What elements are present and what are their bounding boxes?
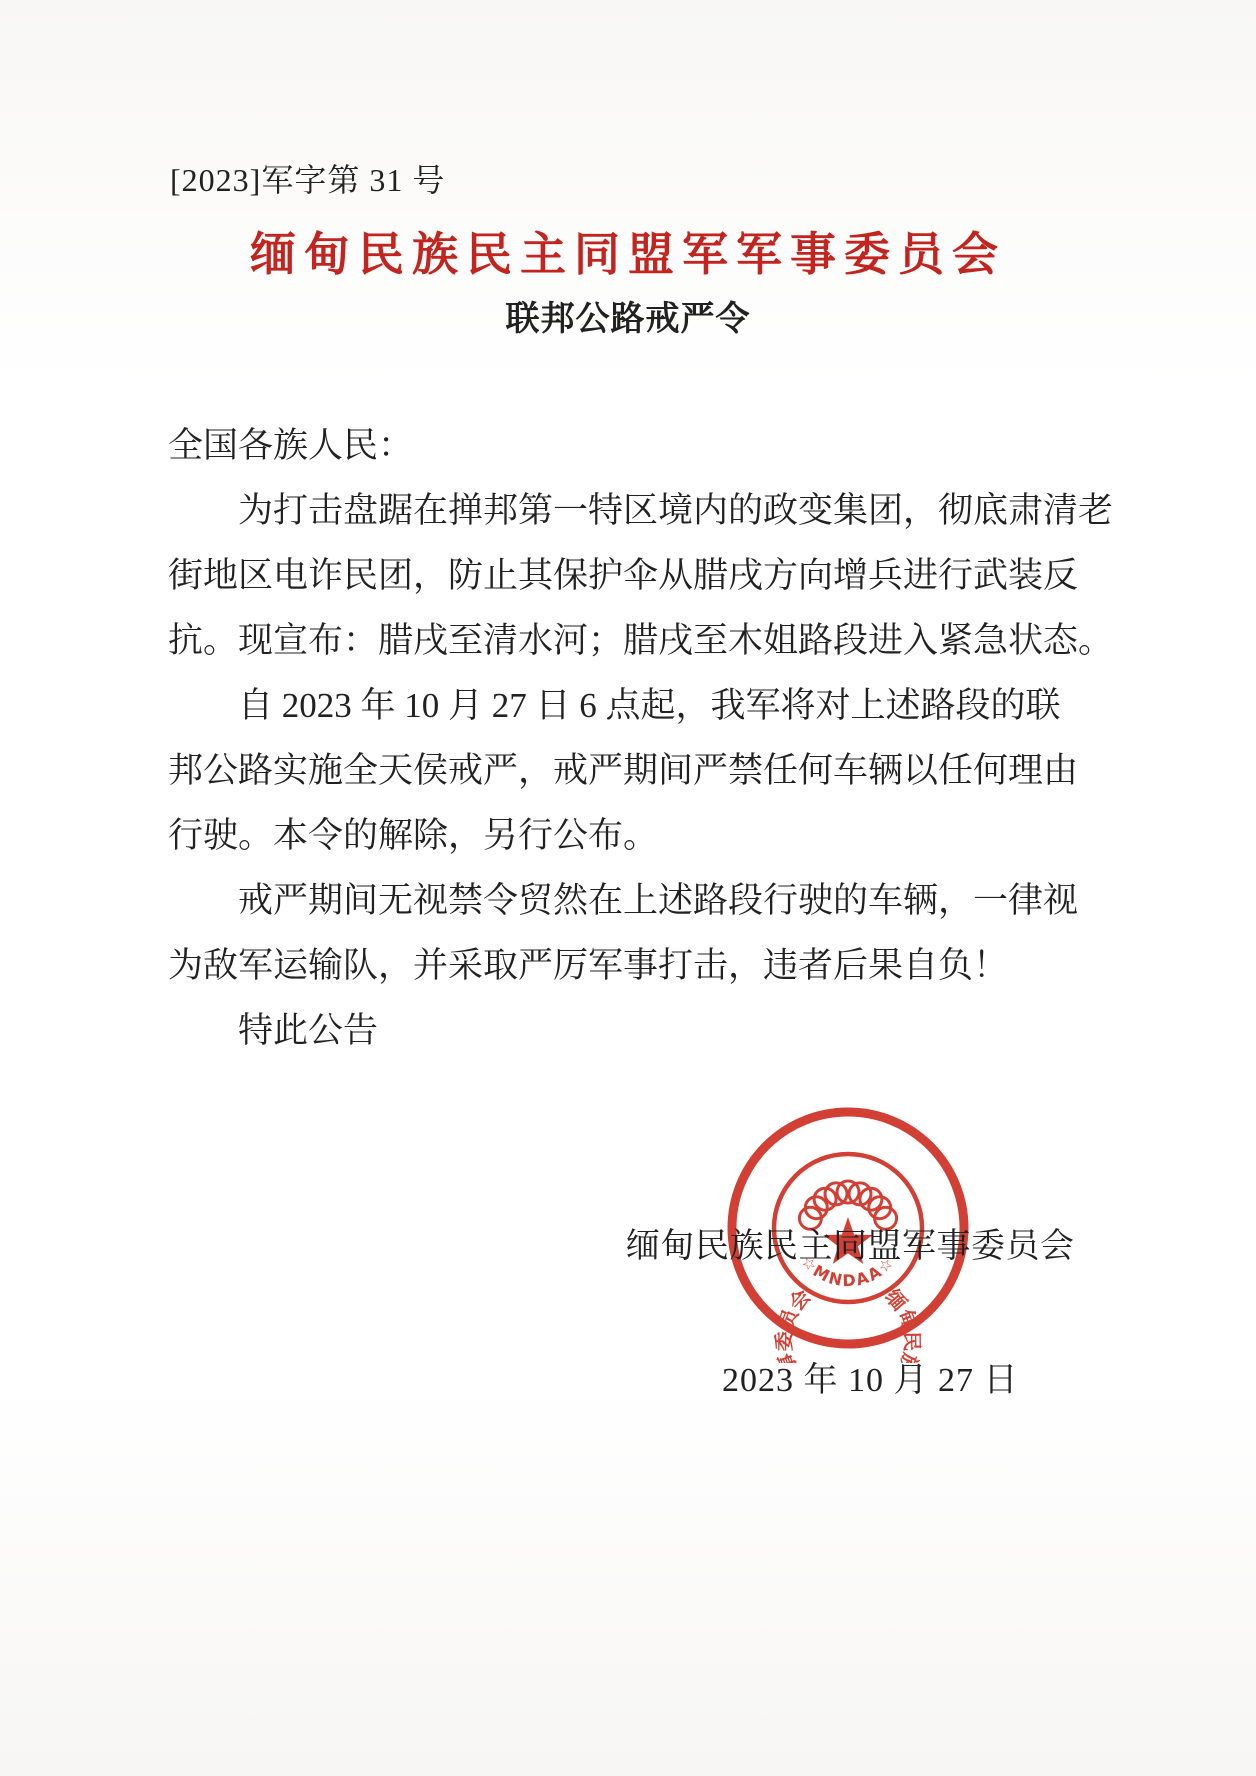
- body-line: 街地区电诈民团，防止其保护伞从腊戌方向增兵进行武装反: [168, 540, 1108, 605]
- paragraphs: 为打击盘踞在掸邦第一特区境内的政变集团，彻底肃清老街地区电诈民团，防止其保护伞从…: [168, 475, 1108, 995]
- document-number: [2023]军字第 31 号: [170, 163, 445, 198]
- body-line: 为敌军运输队，并采取严厉军事打击，违者后果自负！: [168, 930, 1108, 995]
- body-line: 自 2023 年 10 月 27 日 6 点起，我军将对上述路段的联: [168, 670, 1108, 735]
- official-notice-page: [2023]军字第 31 号 缅甸民族民主同盟军军事委员会 联邦公路戒严令 全国…: [0, 0, 1256, 1776]
- closing-line: 特此公告: [168, 995, 1108, 1060]
- salutation: 全国各族人民：: [168, 410, 1108, 475]
- notice-subtitle: 联邦公路戒严令: [0, 291, 1256, 340]
- signature-line: 缅甸民族民主同盟军事委员会: [626, 1218, 1075, 1267]
- date-line: 2023 年 10 月 27 日: [722, 1352, 1019, 1401]
- body-line: 戒严期间无视禁令贸然在上述路段行驶的车辆，一律视: [168, 865, 1108, 930]
- body-line: 抗。现宣布：腊戌至清水河；腊戌至木姐路段进入紧急状态。: [168, 605, 1108, 670]
- body-line: 邦公路实施全天侯戒严，戒严期间严禁任何车辆以任何理由: [168, 735, 1108, 800]
- body-line: 行驶。本令的解除，另行公布。: [168, 800, 1108, 865]
- body-line: 为打击盘踞在掸邦第一特区境内的政变集团，彻底肃清老: [168, 475, 1108, 540]
- notice-body: 全国各族人民： 为打击盘踞在掸邦第一特区境内的政变集团，彻底肃清老街地区电诈民团…: [168, 410, 1108, 1060]
- issuing-authority-title: 缅甸民族民主同盟军军事委员会: [0, 218, 1256, 284]
